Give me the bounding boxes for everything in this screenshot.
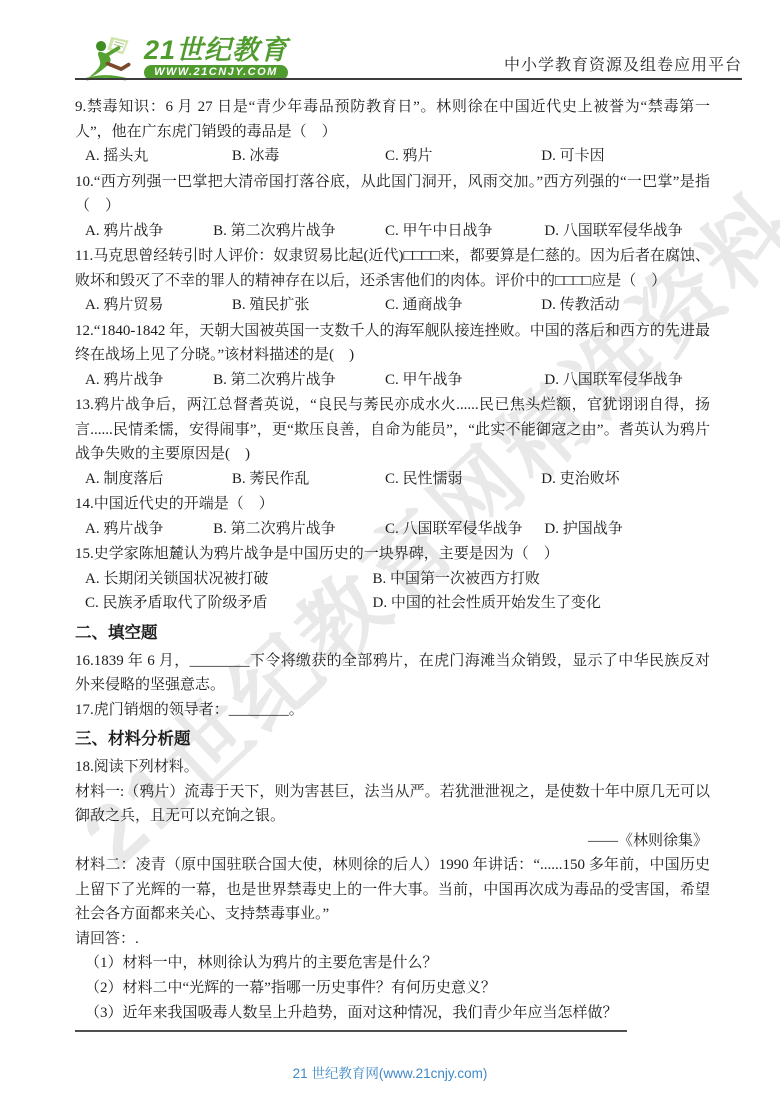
- header-divider: [75, 78, 742, 80]
- option-item: A. 制度落后: [85, 467, 232, 492]
- option-item: D. 可卡因: [541, 144, 710, 169]
- runner-logo-icon: [84, 36, 142, 82]
- option-item: C. 通商战争: [385, 293, 541, 318]
- section-title-material: 三、材料分析题: [75, 726, 710, 752]
- question-block: 15.史学家陈旭麓认为鸦片战争是中国历史的一块界碑，主要是因为（ ）A. 长期闭…: [75, 542, 710, 616]
- footer-divider: [75, 1030, 627, 1032]
- option-item: D. 吏治败坏: [541, 467, 710, 492]
- option-item: C. 民族矛盾取代了阶级矛盾: [85, 591, 373, 616]
- option-item: B. 第二次鸦片战争: [213, 517, 385, 542]
- option-item: B. 莠民作乱: [232, 467, 385, 492]
- option-item: B. 殖民扩张: [232, 293, 385, 318]
- question-stem: 11.马克思曾经转引时人评价：奴隶贸易比起(近代)□□□□来，都要算是仁慈的。因…: [75, 244, 710, 293]
- material-paragraph-1: 材料一:（鸦片）流毒于天下，则为害甚巨，法当从严。若犹泄泄视之，是使数十年中原几…: [75, 780, 710, 829]
- question-block: 14.中国近代史的开端是（ ）A. 鸦片战争B. 第二次鸦片战争C. 八国联军侵…: [75, 492, 710, 541]
- brand-name: 21世纪教育: [144, 36, 288, 64]
- footer-site-link[interactable]: 21 世纪教育网(www.21cnjy.com): [0, 1062, 780, 1082]
- fill-question: 17.虎门销烟的领导者：________。: [75, 698, 710, 723]
- question-block: 11.马克思曾经转引时人评价：奴隶贸易比起(近代)□□□□来，都要算是仁慈的。因…: [75, 244, 710, 318]
- document-body: 9.禁毒知识：6 月 27 日是“青少年毒品预防教育日”。林则徐在中国近代史上被…: [75, 95, 710, 1026]
- sub-question: （2）材料二中“光辉的一幕”指哪一历史事件？有何历史意义？: [75, 976, 710, 1001]
- question-options: A. 鸦片战争B. 第二次鸦片战争C. 甲午战争D. 八国联军侵华战争: [75, 368, 710, 393]
- material-question-block: 18.阅读下列材料。 材料一:（鸦片）流毒于天下，则为害甚巨，法当从严。若犹泄泄…: [75, 755, 710, 1026]
- option-item: B. 中国第一次被西方打败: [373, 567, 711, 592]
- platform-title: 中小学教育资源及组卷应用平台: [504, 52, 742, 75]
- question-number: 18.: [75, 759, 94, 775]
- option-item: C. 甲午中日战争: [385, 219, 544, 244]
- option-item: A. 鸦片战争: [85, 517, 213, 542]
- option-item: C. 甲午战争: [385, 368, 544, 393]
- option-item: A. 鸦片贸易: [85, 293, 232, 318]
- option-item: A. 鸦片战争: [85, 368, 213, 393]
- fill-question-list: 16.1839 年 6 月，________下令将缴获的全部鸦片，在虎门海滩当众…: [75, 649, 710, 723]
- question-options: A. 制度落后B. 莠民作乱C. 民性懦弱D. 吏治败坏: [75, 467, 710, 492]
- section-title-fill-in: 二、填空题: [75, 620, 710, 646]
- option-item: C. 民性懦弱: [385, 467, 541, 492]
- option-item: C. 八国联军侵华战争: [385, 517, 544, 542]
- option-item: A. 鸦片战争: [85, 219, 213, 244]
- question-options: A. 长期闭关锁国状况被打破B. 中国第一次被西方打败C. 民族矛盾取代了阶级矛…: [75, 567, 710, 616]
- sub-question: （1）材料一中，林则徐认为鸦片的主要危害是什么？: [75, 951, 710, 976]
- question-block: 13.鸦片战争后，两江总督耆英说，“良民与莠民亦成水火......民已焦头烂额，…: [75, 393, 710, 491]
- question-stem: 9.禁毒知识：6 月 27 日是“青少年毒品预防教育日”。林则徐在中国近代史上被…: [75, 95, 710, 144]
- option-item: B. 冰毒: [232, 144, 385, 169]
- choice-question-list: 9.禁毒知识：6 月 27 日是“青少年毒品预防教育日”。林则徐在中国近代史上被…: [75, 95, 710, 616]
- question-options: A. 鸦片战争B. 第二次鸦片战争C. 甲午中日战争D. 八国联军侵华战争: [75, 219, 710, 244]
- sub-question: （3）近年来我国吸毒人数呈上升趋势，面对这种情况，我们青少年应当怎样做？: [75, 1001, 710, 1026]
- question-stem: 10.“西方列强一巴掌把大清帝国打落谷底，从此国门洞开，风雨交加。”西方列强的“…: [75, 170, 710, 219]
- question-stem: 12.“1840-1842 年，天朝大国被英国一支数千人的海军舰队接连挫败。中国…: [75, 319, 710, 368]
- fill-question: 16.1839 年 6 月，________下令将缴获的全部鸦片，在虎门海滩当众…: [75, 649, 710, 698]
- question-block: 9.禁毒知识：6 月 27 日是“青少年毒品预防教育日”。林则徐在中国近代史上被…: [75, 95, 710, 169]
- question-options: A. 摇头丸B. 冰毒C. 鸦片D. 可卡因: [75, 144, 710, 169]
- sub-question-list: （1）材料一中，林则徐认为鸦片的主要危害是什么？（2）材料二中“光辉的一幕”指哪…: [75, 951, 710, 1026]
- header: 21世纪教育 WWW.21CNJY.COM 中小学教育资源及组卷应用平台: [0, 0, 780, 96]
- answer-prompt: 请回答：.: [75, 927, 710, 952]
- question-options: A. 鸦片战争B. 第二次鸦片战争C. 八国联军侵华战争D. 护国战争: [75, 517, 710, 542]
- option-item: A. 长期闭关锁国状况被打破: [85, 567, 373, 592]
- option-item: D. 传教活动: [541, 293, 710, 318]
- question-stem: 14.中国近代史的开端是（ ）: [75, 492, 710, 517]
- option-item: C. 鸦片: [385, 144, 541, 169]
- brand-logo: 21世纪教育 WWW.21CNJY.COM: [84, 36, 288, 82]
- exam-page: 21世纪教育 WWW.21CNJY.COM 中小学教育资源及组卷应用平台 21世…: [0, 0, 780, 1103]
- question-options: A. 鸦片贸易B. 殖民扩张C. 通商战争D. 传教活动: [75, 293, 710, 318]
- question-stem: 15.史学家陈旭麓认为鸦片战争是中国历史的一块界碑，主要是因为（ ）: [75, 542, 710, 567]
- question-block: 12.“1840-1842 年，天朝大国被英国一支数千人的海军舰队接连挫败。中国…: [75, 319, 710, 393]
- question-stem: 13.鸦片战争后，两江总督耆英说，“良民与莠民亦成水火......民已焦头烂额，…: [75, 393, 710, 467]
- option-item: D. 八国联军侵华战争: [544, 368, 710, 393]
- option-item: A. 摇头丸: [85, 144, 232, 169]
- material-paragraph-2: 材料二：凌青（原中国驻联合国大使，林则徐的后人）1990 年讲话：“......…: [75, 853, 710, 927]
- material-source: ——《林则徐集》: [75, 829, 710, 854]
- option-item: D. 八国联军侵华战争: [544, 219, 710, 244]
- option-item: D. 中国的社会性质开始发生了变化: [373, 591, 711, 616]
- material-intro: 18.阅读下列材料。: [75, 755, 710, 780]
- material-intro-text: 阅读下列材料。: [94, 759, 199, 775]
- question-block: 10.“西方列强一巴掌把大清帝国打落谷底，从此国门洞开，风雨交加。”西方列强的“…: [75, 170, 710, 244]
- option-item: B. 第二次鸦片战争: [213, 368, 385, 393]
- option-item: D. 护国战争: [544, 517, 710, 542]
- option-item: B. 第二次鸦片战争: [213, 219, 385, 244]
